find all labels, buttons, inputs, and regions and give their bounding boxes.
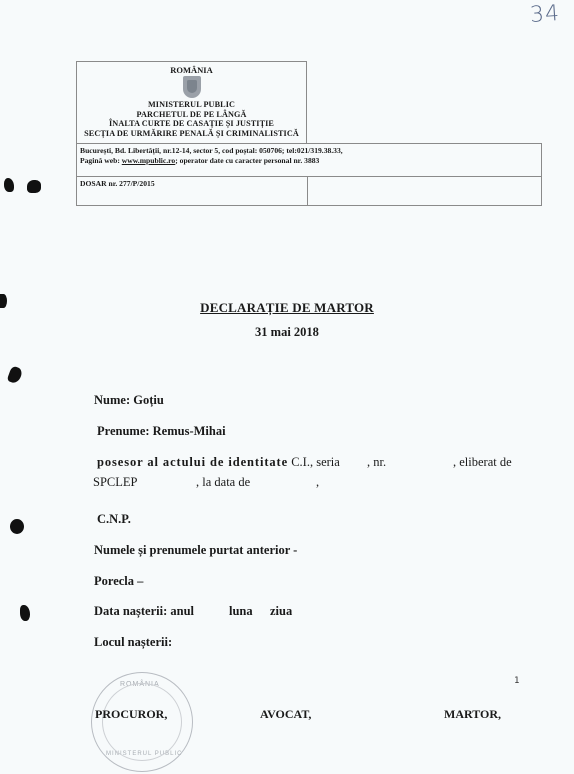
coat-of-arms-icon — [183, 76, 201, 98]
institution-header: ROMÂNIA MINISTERUL PUBLIC PARCHETUL DE P… — [76, 61, 307, 144]
identity-issued: , eliberat de — [453, 455, 512, 470]
website-link[interactable]: www.mpublic.ro — [122, 156, 175, 165]
stamp-top-text: ROMÂNIA — [120, 681, 160, 688]
field-birth-day: ziua — [270, 604, 292, 619]
punch-hole-mark — [4, 178, 14, 192]
punch-hole-mark — [10, 519, 24, 534]
web-line: Pagină web: www.mpublic.ro; operator dat… — [80, 156, 538, 166]
punch-hole-mark — [7, 365, 24, 384]
field-previous-name: Numele și prenumele purtat anterior - — [94, 543, 297, 558]
header-institution-line: ÎNALTA CURTE DE CASAȚIE ȘI JUSTIȚIE — [77, 119, 306, 129]
page-number: 1 — [514, 676, 519, 686]
web-suffix: ; operator date cu caracter personal nr.… — [175, 156, 319, 165]
stamp-bottom-text: MINISTERUL PUBLIC — [106, 751, 182, 757]
issue-date-label: , la data de — [196, 475, 250, 490]
punch-hole-mark — [27, 180, 41, 193]
handwritten-page-number: 34 — [529, 1, 561, 28]
web-prefix: Pagină web: — [80, 156, 122, 165]
address-line: București, Bd. Libertății, nr.12-14, sec… — [80, 146, 538, 156]
issue-date-end: , — [316, 475, 319, 490]
field-identity: posesor al actului de identitate C.I., s… — [97, 455, 340, 470]
header-country: ROMÂNIA — [77, 65, 306, 75]
field-birth-date: Data nașterii: anul — [94, 604, 194, 619]
signature-prosecutor: PROCUROR, — [95, 707, 167, 722]
identity-ci: C.I., seria — [291, 455, 340, 469]
document-date: 31 mai 2018 — [0, 325, 574, 340]
field-birth-place: Locul nașterii: — [94, 635, 172, 650]
document-page: 34 ROMÂNIA MINISTERUL PUBLIC PARCHETUL D… — [0, 0, 574, 774]
dosar-number: DOSAR nr. 277/P/2015 — [77, 177, 308, 206]
header-info-table: București, Bd. Libertății, nr.12-14, sec… — [76, 143, 542, 206]
identity-nr: , nr. — [367, 455, 386, 470]
field-prenume: Prenume: Remus-Mihai — [97, 424, 226, 439]
empty-cell — [308, 177, 542, 206]
field-birth-month: luna — [229, 604, 253, 619]
field-nume: Nume: Goțiu — [94, 393, 164, 408]
document-title: DECLARAȚIE DE MARTOR — [0, 300, 574, 316]
header-institution-line: PARCHETUL DE PE LÂNGĂ — [77, 110, 306, 120]
punch-hole-mark — [20, 605, 30, 621]
field-cnp: C.N.P. — [97, 512, 131, 527]
header-institution-line: SECȚIA DE URMĂRIRE PENALĂ ȘI CRIMINALIST… — [77, 129, 306, 139]
field-nickname: Porecla – — [94, 574, 143, 589]
identity-label: posesor al actului de identitate — [97, 455, 288, 469]
header-institution-line: MINISTERUL PUBLIC — [77, 100, 306, 110]
signature-lawyer: AVOCAT, — [260, 707, 311, 722]
signature-witness: MARTOR, — [444, 707, 501, 722]
issuer: SPCLEP — [93, 475, 137, 490]
address-cell: București, Bd. Libertății, nr.12-14, sec… — [77, 144, 542, 177]
official-stamp: ROMÂNIA MINISTERUL PUBLIC — [91, 672, 193, 772]
